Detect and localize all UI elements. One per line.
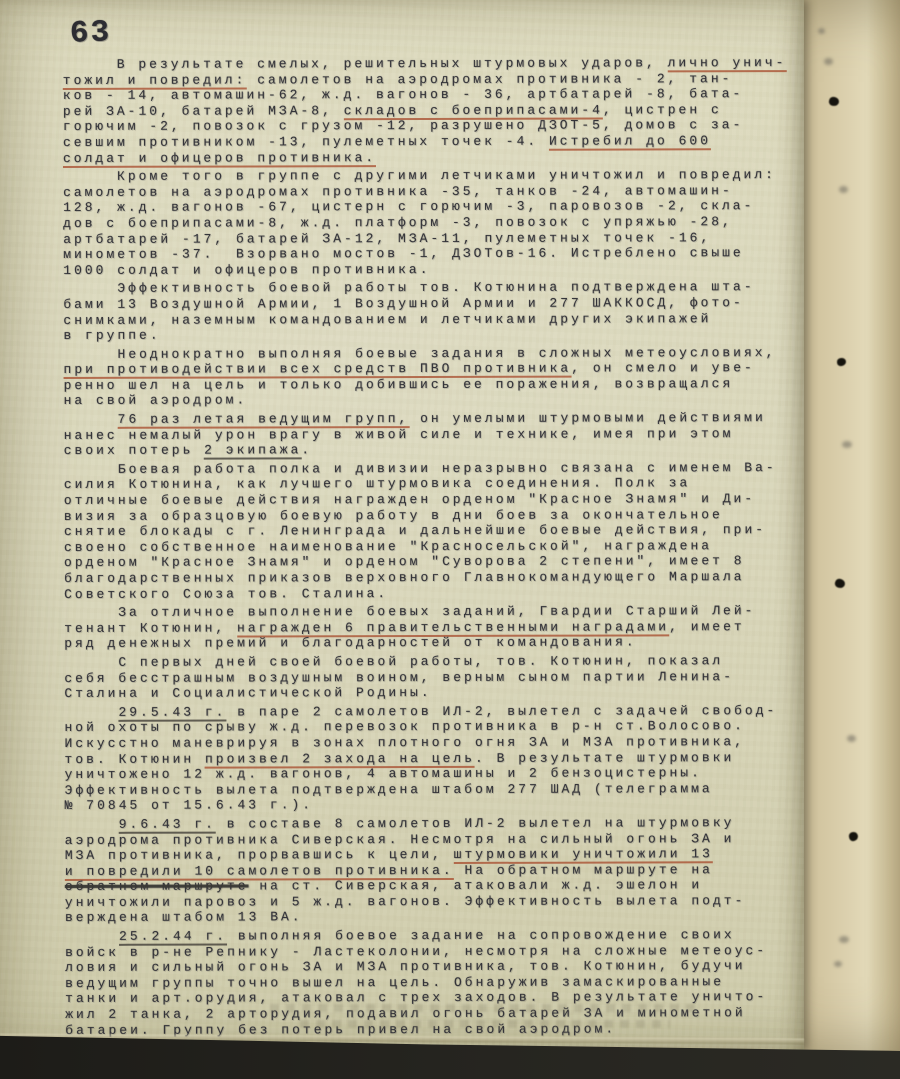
paragraph: Неоднократно выполняя боевые задания в с…: [63, 345, 807, 409]
paragraph: С первых дней своей боевой работы, тов. …: [64, 653, 808, 702]
text-run: Неоднократно выполняя боевые задания в с…: [63, 345, 776, 362]
paragraph: 29.5.43 г. в паре 2 самолетов ИЛ-2, выле…: [64, 703, 808, 814]
paragraph: В результате смелых, решительных штурмов…: [63, 55, 807, 166]
text-run: В результате смелых, решительных штурмов…: [63, 55, 668, 72]
paragraph: Кроме того в группе с другими летчиками …: [63, 167, 807, 278]
paragraph: 9.6.43 г. в составе 8 самолетов ИЛ-2 выл…: [65, 815, 809, 926]
smudge: [818, 28, 825, 34]
bleedthrough-line: [270, 1004, 700, 1012]
document-scan: 63 В результате смелых, решительных штур…: [0, 0, 900, 1079]
page-number: 63: [69, 15, 111, 51]
smudge: [839, 186, 848, 193]
text-run: Эффективность боевой работы тов. Котюнин…: [63, 279, 754, 343]
text-run: [65, 929, 119, 944]
smudge: [847, 735, 856, 742]
text-run: Кроме того в группе с другими летчиками …: [63, 167, 776, 277]
smudge: [839, 936, 849, 943]
text-run: обратном маршруте: [65, 879, 249, 894]
paragraph: 76 раз летая ведущим групп, он умелыми ш…: [64, 410, 808, 459]
text-run: С первых дней своей боевой работы, тов. …: [64, 653, 734, 701]
text-run: [65, 817, 119, 832]
text-run: [64, 412, 118, 427]
typewritten-text: В результате смелых, решительных штурмов…: [63, 55, 810, 1041]
paragraph: Эффективность боевой работы тов. Котюнин…: [63, 279, 807, 343]
text-run: На обратном маршруте на: [454, 862, 713, 878]
smudge: [842, 441, 852, 448]
text-run: [64, 705, 118, 720]
bleedthrough-line: [300, 1020, 670, 1028]
document-page: 63 В результате смелых, решительных штур…: [0, 0, 804, 1050]
text-run: .: [301, 443, 312, 458]
text-run: Боевая работа полка и дивизии неразрывно…: [64, 460, 777, 602]
text-run: 2 экипажа: [204, 443, 301, 460]
smudge: [834, 961, 842, 967]
smudge: [824, 58, 833, 65]
paragraph: Боевая работа полка и дивизии неразрывно…: [64, 460, 808, 602]
paragraph: За отличное выполнение боевых заданий, Г…: [64, 603, 808, 652]
